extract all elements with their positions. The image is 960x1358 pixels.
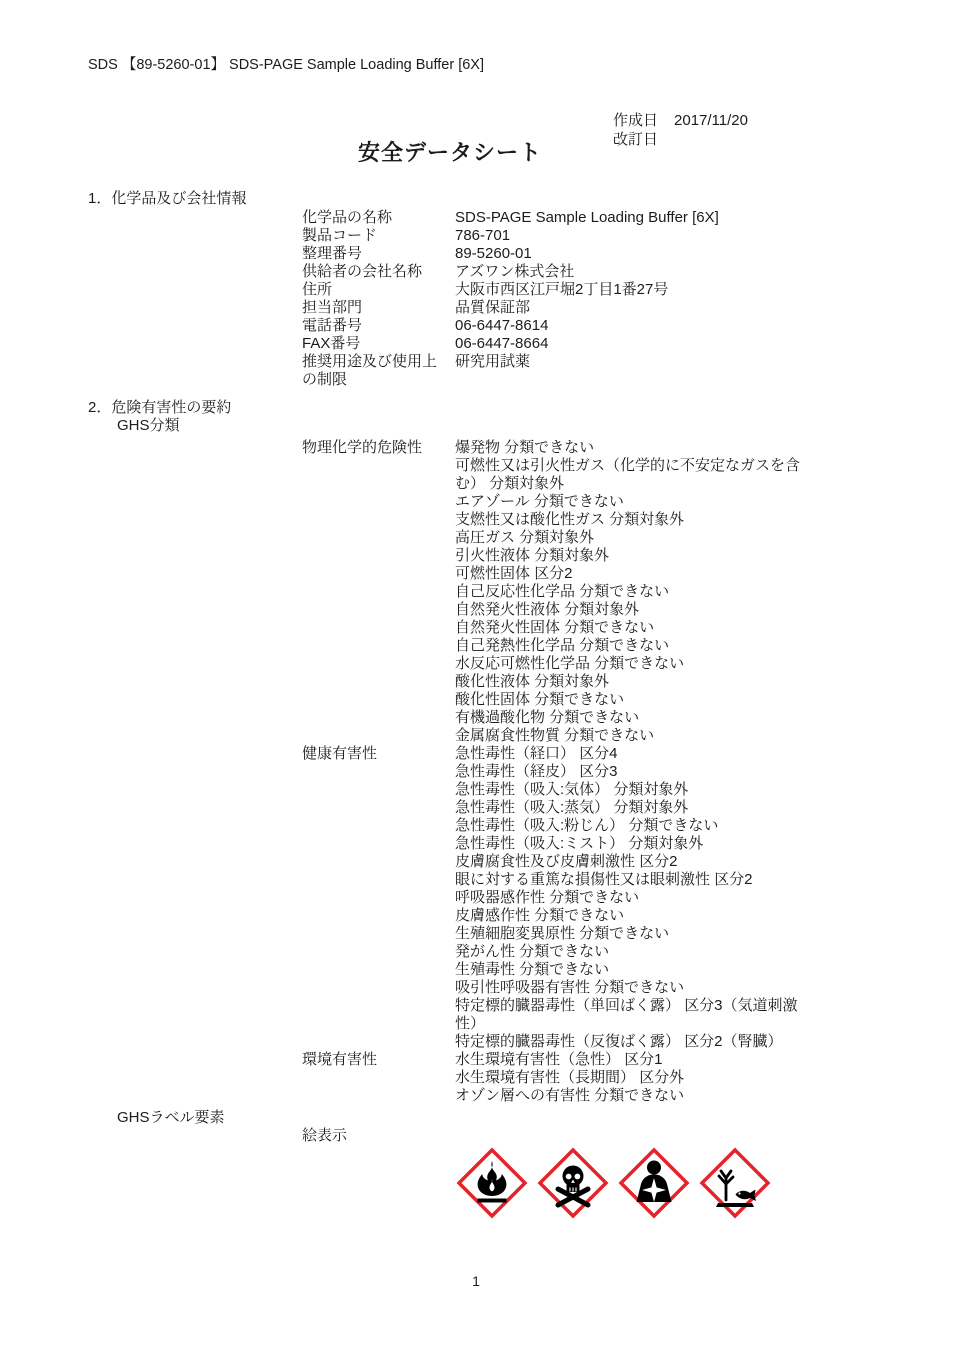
ghs-label-elements-heading: GHSラベル要素 <box>117 1109 225 1127</box>
ghs-classification-subheading: GHS分類 <box>117 417 180 435</box>
hazard-item: 急性毒性（吸入:気体） 分類対象外 <box>455 781 813 799</box>
info-row: 製品コード 786-701 <box>302 227 862 245</box>
hazard-item: 水反応可燃性化学品 分類できない <box>455 655 813 673</box>
page-number: 1 <box>0 1272 952 1290</box>
document-header: SDS 【89-5260-01】 SDS-PAGE Sample Loading… <box>88 56 484 74</box>
hazard-group-label: 健康有害性 <box>302 745 442 1051</box>
hazard-group: 健康有害性 急性毒性（経口） 区分4 急性毒性（経皮） 区分3 急性毒性（吸入:… <box>302 745 822 1051</box>
hazard-item: 水生環境有害性（長期間） 区分外 <box>455 1069 813 1087</box>
hazard-item: 引火性液体 分類対象外 <box>455 547 813 565</box>
hazard-item: 急性毒性（経口） 区分4 <box>455 745 813 763</box>
info-label: 推奨用途及び使用上の制限 <box>302 353 442 389</box>
info-label: FAX番号 <box>302 335 442 353</box>
hazard-item: 自己反応性化学品 分類できない <box>455 583 813 601</box>
hazard-item: 皮膚感作性 分類できない <box>455 907 813 925</box>
created-date-label: 作成日 <box>613 112 658 130</box>
hazard-item: 爆発物 分類できない <box>455 439 813 457</box>
hazard-item: オゾン層への有害性 分類できない <box>455 1087 813 1105</box>
hazard-item: 酸化性固体 分類できない <box>455 691 813 709</box>
info-value: 品質保証部 <box>455 299 855 317</box>
hazard-item: 急性毒性（吸入:粉じん） 分類できない <box>455 817 813 835</box>
hazard-item: 自己発熱性化学品 分類できない <box>455 637 813 655</box>
hazard-group-label: 物理化学的危険性 <box>302 439 442 745</box>
info-row: 担当部門 品質保証部 <box>302 299 862 317</box>
environment-pictogram-icon <box>699 1147 771 1219</box>
info-row: 化学品の名称 SDS-PAGE Sample Loading Buffer [6… <box>302 209 862 227</box>
info-row: 整理番号 89-5260-01 <box>302 245 862 263</box>
hazard-item: 可燃性固体 区分2 <box>455 565 813 583</box>
hazard-item-list: 急性毒性（経口） 区分4 急性毒性（経皮） 区分3 急性毒性（吸入:気体） 分類… <box>455 745 813 1051</box>
hazard-item: 眼に対する重篤な損傷性又は眼刺激性 区分2 <box>455 871 813 889</box>
pictogram-row-label: 絵表示 <box>302 1127 347 1145</box>
hazard-item: 自然発火性液体 分類対象外 <box>455 601 813 619</box>
hazard-item: 皮膚腐食性及び皮膚刺激性 区分2 <box>455 853 813 871</box>
hazard-item: 急性毒性（吸入:蒸気） 分類対象外 <box>455 799 813 817</box>
info-label: 整理番号 <box>302 245 442 263</box>
info-row: 推奨用途及び使用上の制限 研究用試薬 <box>302 353 862 389</box>
info-value: 89-5260-01 <box>455 245 855 263</box>
hazard-group: 環境有害性 水生環境有害性（急性） 区分1 水生環境有害性（長期間） 区分外 オ… <box>302 1051 822 1105</box>
hazard-item: 呼吸器感作性 分類できない <box>455 889 813 907</box>
hazard-group: 物理化学的危険性 爆発物 分類できない 可燃性又は引火性ガス（化学的に不安定なガ… <box>302 439 822 745</box>
hazard-item: 金属腐食性物質 分類できない <box>455 727 813 745</box>
hazard-item-list: 爆発物 分類できない 可燃性又は引火性ガス（化学的に不安定なガスを含む） 分類対… <box>455 439 813 745</box>
hazard-item: 生殖細胞変異原性 分類できない <box>455 925 813 943</box>
info-value: SDS-PAGE Sample Loading Buffer [6X] <box>455 209 855 227</box>
hazard-item: 水生環境有害性（急性） 区分1 <box>455 1051 813 1069</box>
health-hazard-pictogram-icon <box>618 1147 690 1219</box>
hazard-item: エアゾール 分類できない <box>455 493 813 511</box>
info-value: 786-701 <box>455 227 855 245</box>
info-label: 担当部門 <box>302 299 442 317</box>
section2-heading: 2．危険有害性の要約 <box>88 399 231 417</box>
created-date-value: 2017/11/20 <box>674 112 748 129</box>
info-value: 06-6447-8614 <box>455 317 855 335</box>
info-row: 供給者の会社名称 アズワン株式会社 <box>302 263 862 281</box>
hazard-item: 特定標的臓器毒性（反復ばく露） 区分2（腎臓） <box>455 1033 813 1051</box>
info-label: 製品コード <box>302 227 442 245</box>
hazard-item: 急性毒性（経皮） 区分3 <box>455 763 813 781</box>
hazard-item: 自然発火性固体 分類できない <box>455 619 813 637</box>
hazard-item: 支燃性又は酸化性ガス 分類対象外 <box>455 511 813 529</box>
hazard-item: 吸引性呼吸器有害性 分類できない <box>455 979 813 997</box>
info-value: アズワン株式会社 <box>455 263 855 281</box>
hazard-item: 急性毒性（吸入:ミスト） 分類対象外 <box>455 835 813 853</box>
document-title: 安全データシート <box>0 144 900 162</box>
ghs-classification-table: 物理化学的危険性 爆発物 分類できない 可燃性又は引火性ガス（化学的に不安定なガ… <box>302 439 822 1105</box>
hazard-group-label: 環境有害性 <box>302 1051 442 1105</box>
info-row: 住所 大阪市西区江戸堀2丁目1番27号 <box>302 281 862 299</box>
skull-crossbones-pictogram-icon <box>537 1147 609 1219</box>
sds-document-page: SDS 【89-5260-01】 SDS-PAGE Sample Loading… <box>0 0 960 1358</box>
info-row: FAX番号 06-6447-8664 <box>302 335 862 353</box>
hazard-item: 可燃性又は引火性ガス（化学的に不安定なガスを含む） 分類対象外 <box>455 457 813 493</box>
info-label: 化学品の名称 <box>302 209 442 227</box>
info-value: 大阪市西区江戸堀2丁目1番27号 <box>455 281 855 299</box>
hazard-item: 特定標的臓器毒性（単回ばく露） 区分3（気道刺激性） <box>455 997 813 1033</box>
hazard-item: 酸化性液体 分類対象外 <box>455 673 813 691</box>
created-date-row: 作成日2017/11/20 <box>613 112 748 131</box>
info-label: 住所 <box>302 281 442 299</box>
hazard-item: 生殖毒性 分類できない <box>455 961 813 979</box>
company-info-table: 化学品の名称 SDS-PAGE Sample Loading Buffer [6… <box>302 209 862 389</box>
hazard-item: 発がん性 分類できない <box>455 943 813 961</box>
info-row: 電話番号 06-6447-8614 <box>302 317 862 335</box>
section1-heading: 1．化学品及び会社情報 <box>88 190 246 208</box>
hazard-item: 高圧ガス 分類対象外 <box>455 529 813 547</box>
info-value: 06-6447-8664 <box>455 335 855 353</box>
hazard-item-list: 水生環境有害性（急性） 区分1 水生環境有害性（長期間） 区分外 オゾン層への有… <box>455 1051 813 1105</box>
info-value: 研究用試薬 <box>455 353 855 389</box>
ghs-pictograms <box>456 1147 771 1219</box>
flame-pictogram-icon <box>456 1147 528 1219</box>
info-label: 供給者の会社名称 <box>302 263 442 281</box>
info-label: 電話番号 <box>302 317 442 335</box>
hazard-item: 有機過酸化物 分類できない <box>455 709 813 727</box>
